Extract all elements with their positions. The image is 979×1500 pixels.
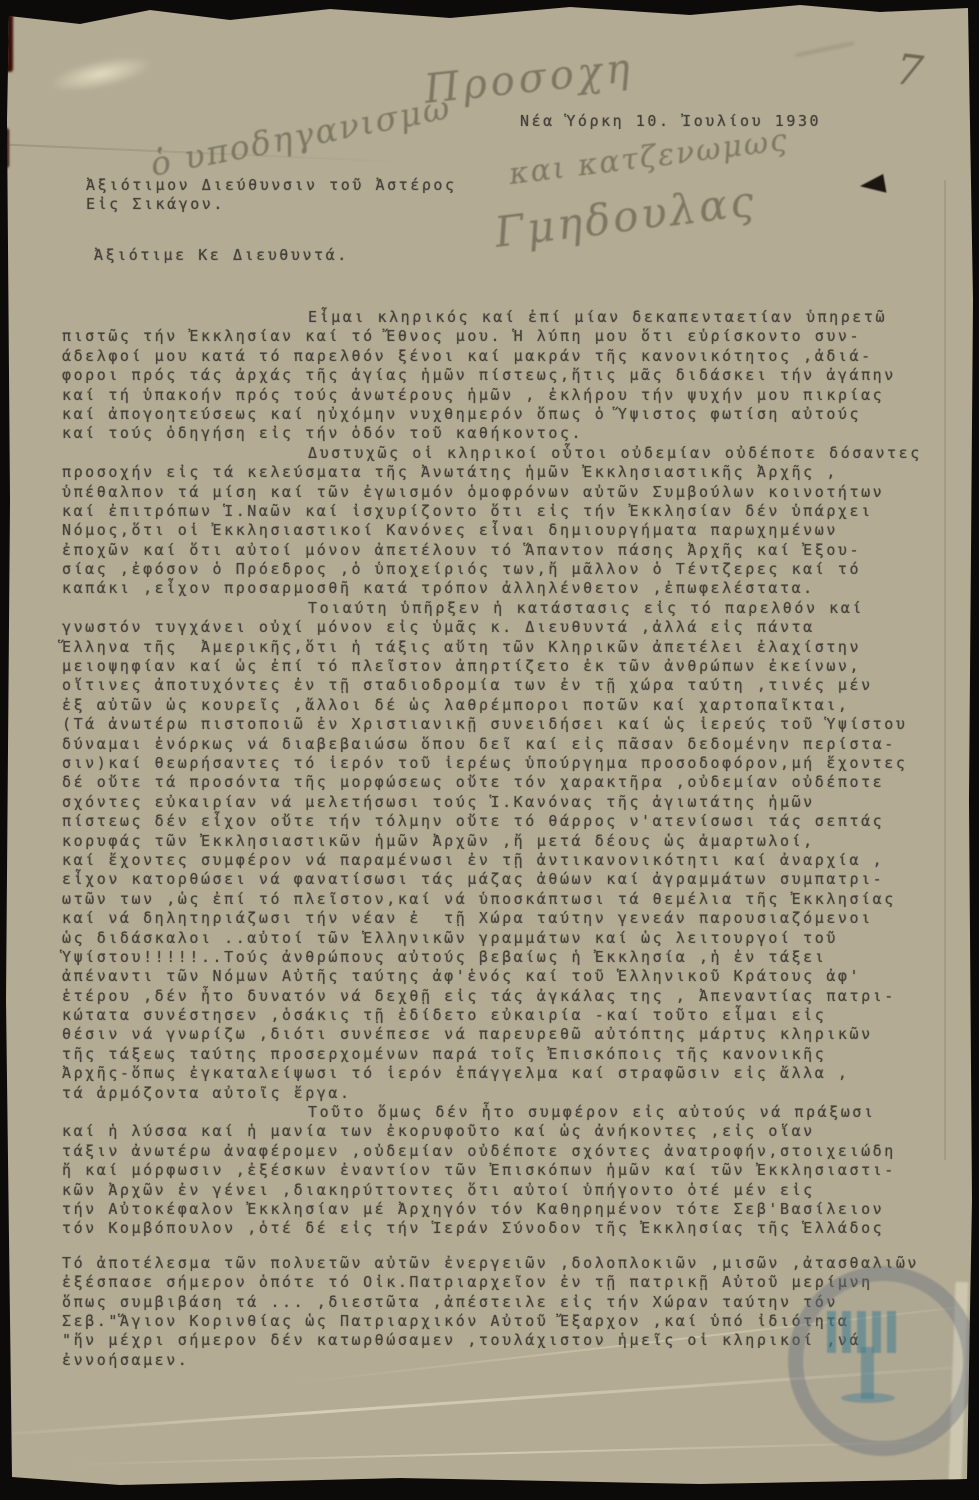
text-line: μειοψηφίαν καί ὡς ἐπί τό πλεῖστον ἀπηρτί… [62,657,922,676]
paragraph: Τοιαύτη ὑπῆρξεν ἡ κατάστασις εἰς τό παρε… [62,599,922,1103]
edge-stain [0,6,13,72]
text-line: Τοῦτο ὅμως δέν ἦτο συμφέρον εἰς αὐτούς ν… [62,1103,922,1122]
text-line: τόν Κομβόπουλον ,ὁτέ δέ εἰς τήν Ἱεράν Σύ… [62,1219,922,1238]
text-line: οἵτινες ἀποτυχόντες ἐν τῇ σταδιοδρομία τ… [62,676,922,695]
text-line: φοροι πρός τάς ἀρχάς τῆς ἁγίας ἡμῶν πίστ… [62,366,922,385]
text-line: Τοιαύτη ὑπῆρξεν ἡ κατάστασις εἰς τό παρε… [62,599,922,618]
text-line: σχόντες εὐκαιρίαν νά μελετήσωσι τούς Ἱ.Κ… [62,793,922,812]
text-line: ὡς διδάσκαλοι ..αὐτοί τῶν Ἑλληνικῶν γραμ… [62,929,922,948]
stamp-monogram-glyph [861,1347,874,1399]
text-line: ἀπέναντι τῶν Νόμων Αὐτῆς ταύτης ἀφ'ἑνός … [62,967,922,986]
text-line: καπάκι ,εἶχον προσαρμοσθῆ κατά τρόπον ἀλ… [62,579,922,598]
salutation: Ἀξιότιμε Κε Διευθυντά. [94,246,349,264]
text-line: κορυφάς τῶν Ἐκκλησιαστικῶν ἡμῶν Ἀρχῶν ,ἤ… [62,832,922,851]
text-line: καί νά δηλητηριάζωσι τήν νέαν ἐ τῇ Χώρα … [62,909,922,928]
date-line: Νέα Ὑόρκη 10. Ἰουλίου 1930 [520,112,821,130]
text-line: κῶν Ἀρχῶν ἐν γένει ,διακηρύττοντες ὅτι α… [62,1181,922,1200]
text-line: τήν Αὐτοκέφαλον Ἐκκλησίαν μέ Ἀρχηγόν τόν… [62,1200,922,1219]
letter-body: Εἶμαι κληρικός καί ἐπί μίαν δεκαπενταετί… [62,308,922,1370]
text-line: Τό ἀποτέλεσμα τῶν πολυετῶν αὐτῶν ἐνεργει… [62,1254,922,1273]
recipient-line-1: Ἀξιότιμον Διεύθυνσιν τοῦ Ἀστέρος [86,176,457,194]
torn-edge-highlight [23,39,178,109]
text-line: ἐξ αὐτῶν ὡς κουρεῖς ,ἄλλοι δέ ὡς λαθρέμπ… [62,696,922,715]
scanned-letter-page: Προσοχη ὁ υποδηγανισμω και κατζενωμως Γμ… [0,0,979,1500]
text-line: καί τούς ὁδηγήση εἰς τήν ὁδόν τοῦ καθήκο… [62,424,922,443]
text-line: δέ οὔτε τά προσόντα τῆς μορφώσεως οὔτε τ… [62,773,922,792]
text-line: Ὑψίστου!!!!!..Τούς ἀνθρώπους αὐτούς βεβα… [62,948,922,967]
text-line: πίστεως δέν εἶχον οὔτε τήν τόλμην οὔτε τ… [62,812,922,831]
text-line: καί ἐπιτρόπων Ἱ.Ναῶν καί ἰσχυρίζοντο ὅτι… [62,502,922,521]
handwritten-scribble-left: ὁ υποδηγανισμω [147,87,454,184]
paragraph: Δυστυχῶς οἱ κληρικοί οὗτοι οὐδεμίαν οὐδέ… [62,444,922,599]
archive-watermark-stamp [788,1266,978,1456]
text-line: Ἀρχῆς-ὅπως ἐγκαταλείψωσι τό ἱερόν ἐπάγγε… [62,1064,922,1083]
edge-stain [0,520,8,554]
text-line: ἤ καί μόρφωσιν ,ἐξέσκων ἐναντίον τῶν Ἐπι… [62,1161,922,1180]
text-line: τῆς τάξεως ταύτης προσερχομένων παρά τοῖ… [62,1045,922,1064]
text-line: τά ἁρμόζοντα αὐτοῖς ἔργα. [62,1084,922,1103]
text-line: κώτατα συνέστησεν ,ὁσάκις τῇ ἐδίδετο εὐκ… [62,1006,922,1025]
paragraph: Εἶμαι κληρικός καί ἐπί μίαν δεκαπενταετί… [62,308,922,444]
paragraph: Τοῦτο ὅμως δέν ἦτο συμφέρον εἰς αὐτούς ν… [62,1103,922,1239]
edge-stain [0,128,9,168]
text-line: δύναμαι ἐνόρκως νά διαβεβαιώσω ὅπου δεῖ … [62,735,922,754]
handwritten-attention-note: Προσοχη [422,45,636,113]
recipient-address: Ἀξιότιμον Διεύθυνσιν τοῦ ἈστέροςΕἰς Σικά… [86,176,457,214]
text-line: ἐξέσπασε σήμερον ὁπότε τό Οἰκ.Πατριαρχεῖ… [62,1273,922,1292]
text-line: (Τά ἀνωτέρω πιστοποιῶ ἐν Χριστιανικῇ συν… [62,715,922,734]
crease-line [944,180,946,1160]
text-line: ωτῶν των ,ὡς ἐπί τό πλεῖστον,καί νά ὑποσ… [62,890,922,909]
crease-line [60,1440,960,1466]
text-line: Ἕλληνα τῆς Ἀμερικῆς,ὅτι ἡ τάξις αὕτη τῶν… [62,638,922,657]
text-line: εἶχον κατορθώσει νά φανατίσωσι τάς μάζας… [62,870,922,889]
text-line: θέσιν νά γνωρίζω ,διότι συνέπεσε νά παρε… [62,1025,922,1044]
triangle-marker [859,174,887,197]
text-line: γνωστόν τυγχάνει οὐχί μόνον εἰς ὑμᾶς κ. … [62,618,922,637]
text-line: Δυστυχῶς οἱ κληρικοί οὗτοι οὐδεμίαν οὐδέ… [62,444,922,463]
faint-pencil-mark [790,16,855,57]
recipient-line-2: Εἰς Σικάγον. [86,195,225,213]
page-number-annotation: 7 [893,45,926,97]
stamp-monogram-glyph [841,1393,895,1403]
text-line: ὑπέθαλπον τά μίση καί τῶν ἐγωισμόν ὁμοφρ… [62,483,922,502]
text-line: καί ἔχοντες συμφέρον νά παραμένωσι ἐν τῇ… [62,851,922,870]
text-line: ἑτέρου ,δέν ἦτο δυνατόν νά δεχθῇ εἰς τάς… [62,987,922,1006]
text-line: ἐποχῶν καί ὅτι αὐτοί μόνον ἀπετέλουν τό … [62,541,922,560]
text-line: καί ἀπογοητεύσεως καί ηὐχόμην νυχθημερόν… [62,405,922,424]
text-line: ὅπως συμβιβάση τά ... ,διεστῶτα ,ἀπέστει… [62,1293,922,1312]
text-line: σιν)καί θεωρήσαντες τό ἱερόν τοῦ ἱερέως … [62,754,922,773]
text-line: Εἶμαι κληρικός καί ἐπί μίαν δεκαπενταετί… [62,308,922,327]
text-line: καί ἡ λύσσα καί ἡ μανία των ἐκορυφοῦτο κ… [62,1122,922,1141]
text-line: προσοχήν εἰς τά κελεύσματα τῆς Ἀνωτάτης … [62,463,922,482]
text-line: καί τή ὑπακοήν πρός τούς ἀνωτέρους ἡμῶν … [62,386,922,405]
text-line: τάξιν ἀνωτέρω ἀναφέρομεν ,οὐδεμίαν οὐδέπ… [62,1142,922,1161]
text-line: σίας ,ἐφόσον ὁ Πρόεδρος ,ὁ ὑποχείριός τω… [62,560,922,579]
text-line: Νόμος,ὅτι οἱ Ἐκκλησιαστικοί Κανόνες εἶνα… [62,521,922,540]
text-line: πιστῶς τήν Ἐκκλησίαν καί τό Ἔθνος μου. Ἡ… [62,327,922,346]
text-line: άδελφοί μου κατά τό παρελθόν ξένοι καί μ… [62,347,922,366]
paper: Προσοχη ὁ υποδηγανισμω και κατζενωμως Γμ… [0,0,979,1500]
